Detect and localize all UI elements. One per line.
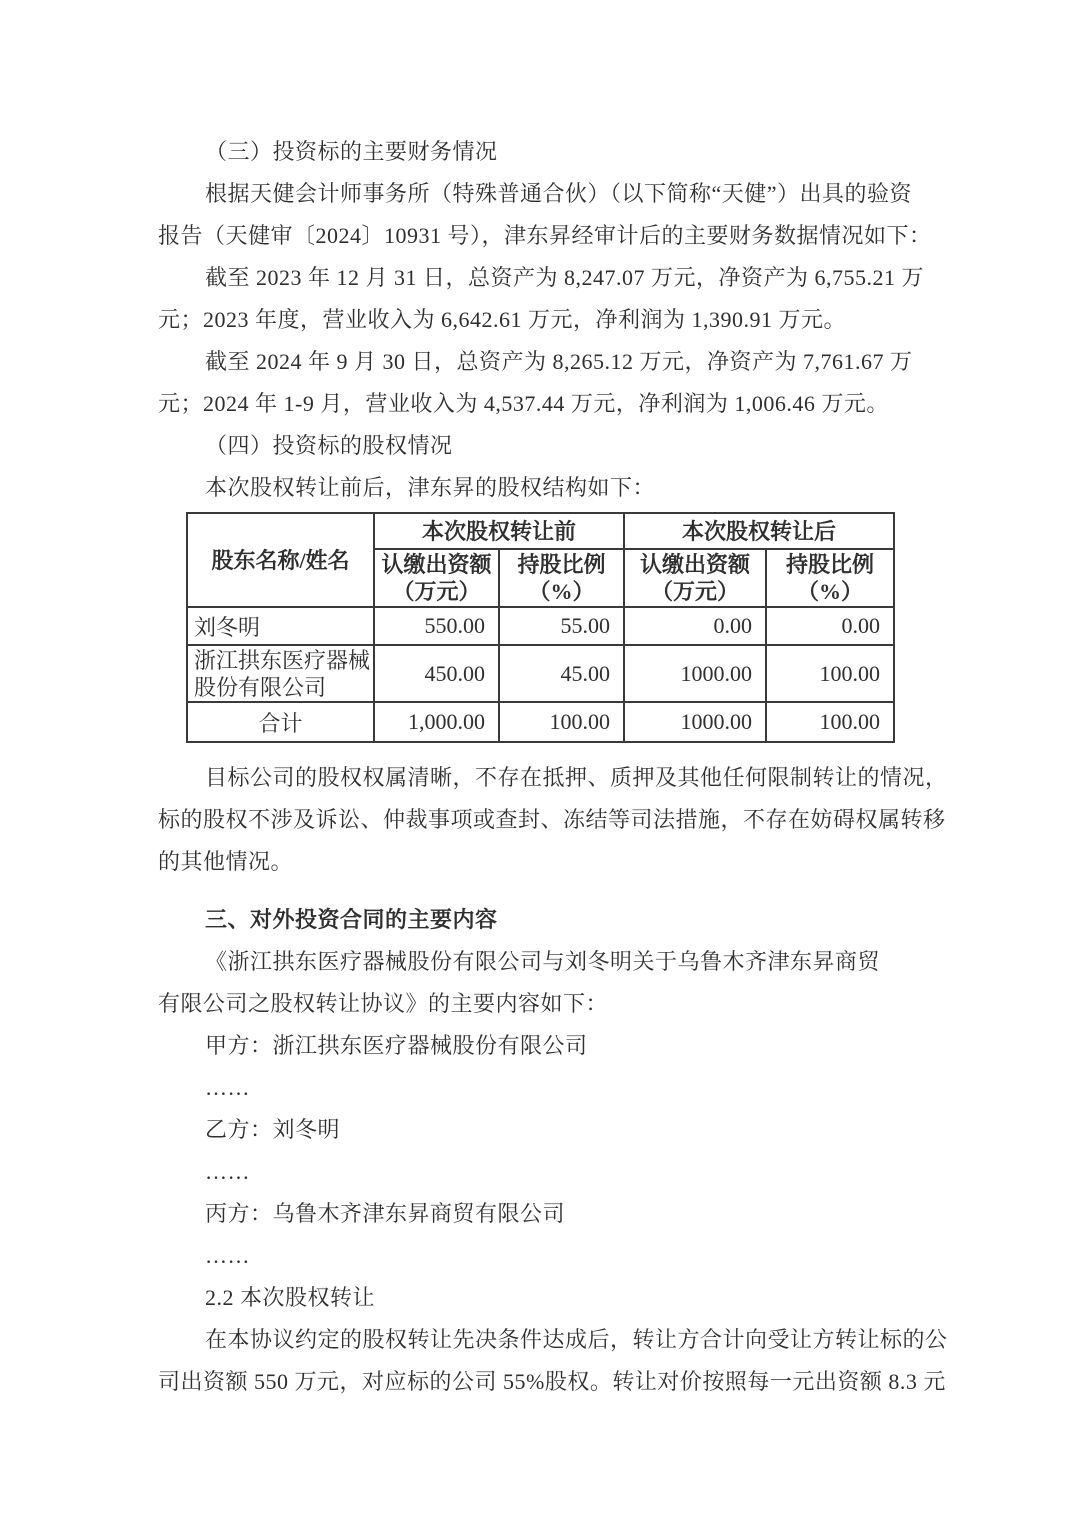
party-c-line: 丙方：乌鲁木齐津东昇商贸有限公司 bbox=[158, 1193, 930, 1235]
table-cell-after-amount: 0.00 bbox=[624, 607, 766, 645]
paragraph-line: 《浙江拱东医疗器械股份有限公司与刘冬明关于乌鲁木齐津东昇商贸 bbox=[158, 941, 930, 983]
table-cell-after-amount: 1000.00 bbox=[624, 645, 766, 702]
table-header-ratio-label: 持股比例 bbox=[767, 551, 893, 578]
table-header-shareholder: 股东名称/姓名 bbox=[187, 513, 374, 607]
table-header-ratio-label: 持股比例 bbox=[500, 551, 623, 578]
table-header-amount-unit: （万元） bbox=[625, 578, 765, 605]
party-b-line: 乙方：刘冬明 bbox=[158, 1109, 930, 1151]
table-header-amount-before: 认缴出资额 （万元） bbox=[374, 549, 499, 607]
paragraph-line: 报告（天健审〔2024〕10931 号），津东昇经审计后的主要财务数据情况如下： bbox=[158, 215, 930, 257]
party-a-line: 甲方：浙江拱东医疗器械股份有限公司 bbox=[158, 1025, 930, 1067]
table-cell-after-ratio: 100.00 bbox=[766, 702, 894, 742]
paragraph-line: 目标公司的股权权属清晰，不存在抵押、质押及其他任何限制转让的情况， bbox=[158, 757, 930, 799]
table-cell-before-amount: 1,000.00 bbox=[374, 702, 499, 742]
table-header-ratio-unit: （%） bbox=[767, 578, 893, 605]
table-cell-after-ratio: 0.00 bbox=[766, 607, 894, 645]
table-cell-after-ratio: 100.00 bbox=[766, 645, 894, 702]
table-cell-after-amount: 1000.00 bbox=[624, 702, 766, 742]
table-header-ratio-after: 持股比例 （%） bbox=[766, 549, 894, 607]
section-heading-contract: 三、对外投资合同的主要内容 bbox=[158, 899, 930, 941]
section-heading-equity: （四）投资标的股权情况 bbox=[158, 425, 930, 467]
table-cell-before-ratio: 45.00 bbox=[499, 645, 624, 702]
paragraph-line: 本次股权转让前后，津东昇的股权结构如下： bbox=[158, 467, 930, 509]
table-cell-shareholder: 浙江拱东医疗器械股份有限公司 bbox=[187, 645, 374, 702]
table-header-amount-unit: （万元） bbox=[375, 578, 498, 605]
paragraph-line: 标的股权不涉及诉讼、仲裁事项或查封、冻结等司法措施，不存在妨碍权属转移 bbox=[158, 799, 930, 841]
paragraph-line: 元；2024 年 1-9 月，营业收入为 4,537.44 万元，净利润为 1,… bbox=[158, 383, 930, 425]
table-row: 刘冬明 550.00 55.00 0.00 0.00 bbox=[187, 607, 894, 645]
table-cell-shareholder: 合计 bbox=[187, 702, 374, 742]
document-page: （三）投资标的主要财务情况 根据天健会计师事务所（特殊普通合伙）（以下简称“天健… bbox=[0, 0, 1080, 1527]
paragraph-line: 司出资额 550 万元，对应标的公司 55%股权。转让对价按照每一元出资额 8.… bbox=[158, 1361, 930, 1403]
clause-heading: 2.2 本次股权转让 bbox=[158, 1277, 930, 1319]
table-cell-shareholder: 刘冬明 bbox=[187, 607, 374, 645]
paragraph-line: 根据天健会计师事务所（特殊普通合伙）（以下简称“天健”）出具的验资 bbox=[158, 173, 930, 215]
ellipsis-line: …… bbox=[158, 1067, 930, 1109]
ellipsis-line: …… bbox=[158, 1235, 930, 1277]
table-cell-before-ratio: 55.00 bbox=[499, 607, 624, 645]
table-cell-before-amount: 550.00 bbox=[374, 607, 499, 645]
table-header-amount-label: 认缴出资额 bbox=[625, 551, 765, 578]
section-heading-financial: （三）投资标的主要财务情况 bbox=[158, 131, 930, 173]
table-header-after: 本次股权转让后 bbox=[624, 513, 894, 549]
table-cell-before-amount: 450.00 bbox=[374, 645, 499, 702]
table-row: 浙江拱东医疗器械股份有限公司 450.00 45.00 1000.00 100.… bbox=[187, 645, 894, 702]
table-header-ratio-before: 持股比例 （%） bbox=[499, 549, 624, 607]
paragraph-line: 的其他情况。 bbox=[158, 841, 930, 883]
table-header-amount-label: 认缴出资额 bbox=[375, 551, 498, 578]
table-header-before: 本次股权转让前 bbox=[374, 513, 624, 549]
table-row-total: 合计 1,000.00 100.00 1000.00 100.00 bbox=[187, 702, 894, 742]
ellipsis-line: …… bbox=[158, 1151, 930, 1193]
paragraph-line: 元；2023 年度，营业收入为 6,642.61 万元，净利润为 1,390.9… bbox=[158, 299, 930, 341]
table-header-amount-after: 认缴出资额 （万元） bbox=[624, 549, 766, 607]
paragraph-line: 截至 2023 年 12 月 31 日，总资产为 8,247.07 万元，净资产… bbox=[158, 257, 930, 299]
table-cell-before-ratio: 100.00 bbox=[499, 702, 624, 742]
paragraph-line: 截至 2024 年 9 月 30 日，总资产为 8,265.12 万元，净资产为… bbox=[158, 341, 930, 383]
equity-structure-table: 股东名称/姓名 本次股权转让前 本次股权转让后 认缴出资额 （万元） 持股比例 … bbox=[186, 512, 895, 743]
document-content: （三）投资标的主要财务情况 根据天健会计师事务所（特殊普通合伙）（以下简称“天健… bbox=[158, 131, 930, 1403]
paragraph-line: 有限公司之股权转让协议》的主要内容如下： bbox=[158, 983, 930, 1025]
paragraph-line: 在本协议约定的股权转让先决条件达成后，转让方合计向受让方转让标的公 bbox=[158, 1319, 930, 1361]
table-header-ratio-unit: （%） bbox=[500, 578, 623, 605]
